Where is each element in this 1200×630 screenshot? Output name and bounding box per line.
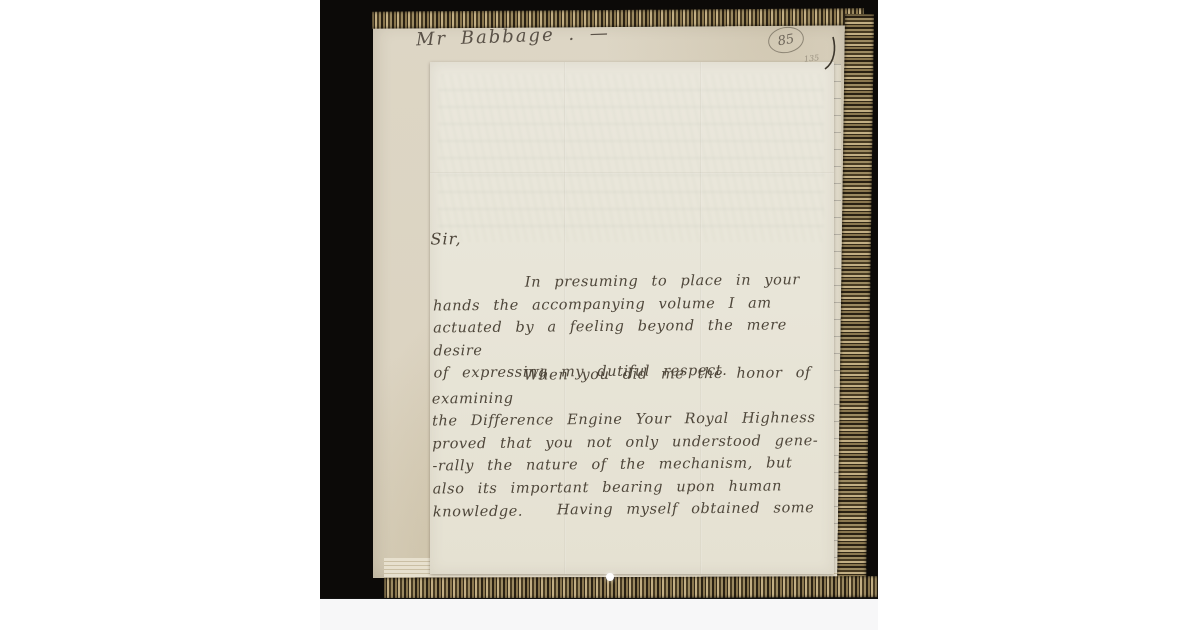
letter-salutation: Sir, — [430, 229, 461, 248]
carousel-indicator-dot — [606, 573, 614, 581]
letter-text: Sir, In presuming to place in your hands… — [320, 0, 878, 598]
letter-paragraph: Having myself obtained some — [433, 497, 847, 523]
letter-line: When you did me the honor of examining — [432, 362, 846, 411]
letter-line: In presuming to place in your — [433, 269, 845, 295]
media-post: Mr Babbage . — 85 135 Sir, In presuming … — [320, 0, 878, 630]
letter-line: actuated by a feeling beyond the mere de… — [433, 314, 845, 363]
letter-line: -rally the nature of the mechanism, but — [432, 452, 846, 478]
letter-line: the Difference Engine Your Royal Highnes… — [432, 407, 846, 433]
caption-area — [320, 598, 878, 630]
photo-area[interactable]: Mr Babbage . — 85 135 Sir, In presuming … — [320, 0, 878, 598]
letter-line: Having myself obtained some — [433, 497, 847, 523]
tag-people-icon[interactable] — [338, 561, 358, 585]
